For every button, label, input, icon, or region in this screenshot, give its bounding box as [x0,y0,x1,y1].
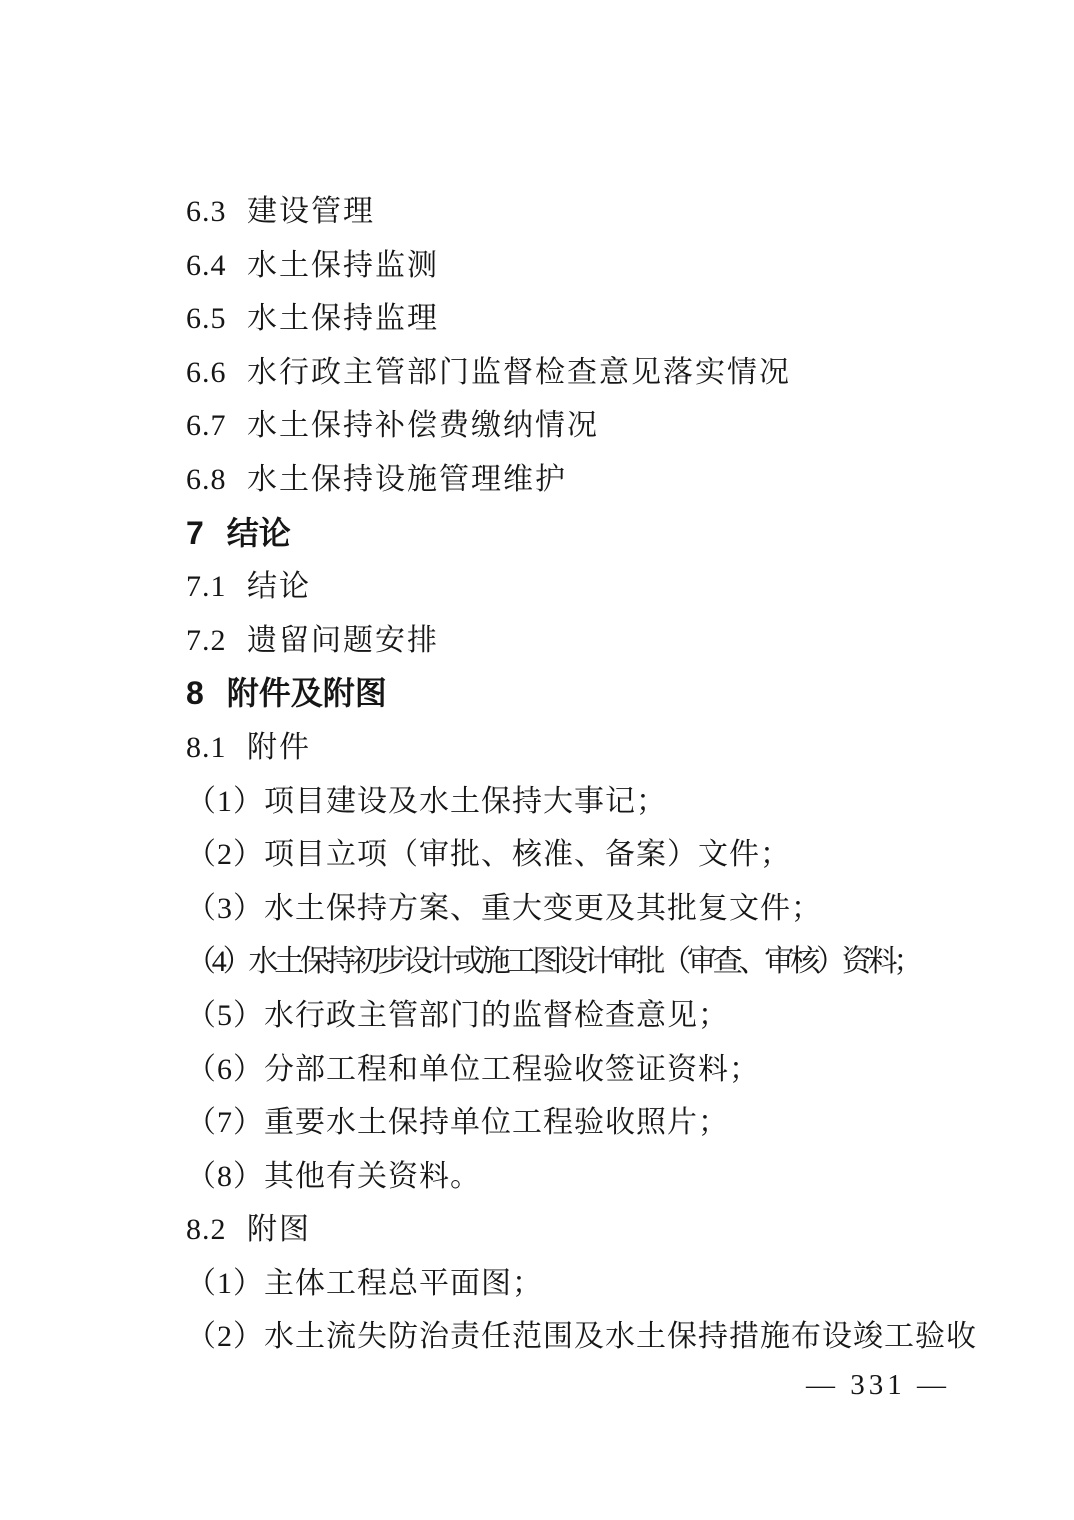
section-title: 水土保持监测 [247,249,439,282]
toc-line-8-2: 8.2 附图 [186,1203,954,1257]
list-item-text: （8）其他有关资料。 [186,1160,481,1193]
list-item-text: （2）项目立项（审批、核准、备案）文件； [186,838,791,871]
toc-content: 6.3 建设管理 6.4 水土保持监测 6.5 水土保持监理 6.6 水行政主管… [186,185,954,1364]
section-number: 6.6 [186,346,227,400]
list-item-7: （7）重要水土保持单位工程验收照片； [186,1096,954,1150]
section-number: 8.1 [186,721,227,775]
toc-line-7-2: 7.2 遗留问题安排 [186,614,954,668]
section-number: 6.5 [186,292,227,346]
section-number: 8.2 [186,1203,227,1257]
section-title: 建设管理 [247,195,375,228]
list-item-5: （5）水行政主管部门的监督检查意见； [186,989,954,1043]
figure-item-2: （2）水土流失防治责任范围及水土保持措施布设竣工验收 [186,1310,954,1364]
list-item-2: （2）项目立项（审批、核准、备案）文件； [186,828,954,882]
chapter-heading-8: 8 附件及附图 [186,667,954,721]
section-number: 6.7 [186,399,227,453]
section-title: 水行政主管部门监督检查意见落实情况 [247,356,791,389]
chapter-title: 附件及附图 [227,675,387,711]
section-number: 7.2 [186,614,227,668]
figure-item-1: （1）主体工程总平面图； [186,1257,954,1311]
list-item-3: （3）水土保持方案、重大变更及其批复文件； [186,882,954,936]
toc-line-6-8: 6.8 水土保持设施管理维护 [186,453,954,507]
section-title: 遗留问题安排 [247,624,439,657]
chapter-heading-7: 7 结论 [186,507,954,561]
chapter-number: 8 [186,667,204,721]
section-title: 水土保持设施管理维护 [247,463,567,496]
toc-line-6-6: 6.6 水行政主管部门监督检查意见落实情况 [186,346,954,400]
section-number: 7.1 [186,560,227,614]
toc-line-6-5: 6.5 水土保持监理 [186,292,954,346]
list-item-text: （1）项目建设及水土保持大事记； [186,785,667,818]
toc-line-6-3: 6.3 建设管理 [186,185,954,239]
section-title: 附图 [247,1213,311,1246]
section-title: 附件 [247,731,311,764]
page-number: — 331 — [806,1368,950,1402]
section-number: 6.8 [186,453,227,507]
list-item-text: （6）分部工程和单位工程验收签证资料； [186,1053,760,1086]
list-item-text: （4）水土保持初步设计或施工图设计审批（审查、审核）资料； [186,945,919,978]
list-item-text: （3）水土保持方案、重大变更及其批复文件； [186,892,822,925]
list-item-6: （6）分部工程和单位工程验收签证资料； [186,1043,954,1097]
list-item-1: （1）项目建设及水土保持大事记； [186,775,954,829]
section-title: 水土保持监理 [247,302,439,335]
section-number: 6.4 [186,239,227,293]
document-page: 6.3 建设管理 6.4 水土保持监测 6.5 水土保持监理 6.6 水行政主管… [0,0,1074,1520]
toc-line-8-1: 8.1 附件 [186,721,954,775]
list-item-8: （8）其他有关资料。 [186,1150,954,1204]
list-item-text: （2）水土流失防治责任范围及水土保持措施布设竣工验收 [186,1320,977,1353]
list-item-text: （7）重要水土保持单位工程验收照片； [186,1106,729,1139]
chapter-number: 7 [186,507,204,561]
list-item-text: （1）主体工程总平面图； [186,1267,543,1300]
section-title: 水土保持补偿费缴纳情况 [247,409,599,442]
section-number: 6.3 [186,185,227,239]
list-item-text: （5）水行政主管部门的监督检查意见； [186,999,729,1032]
chapter-title: 结论 [227,515,291,551]
toc-line-6-4: 6.4 水土保持监测 [186,239,954,293]
section-title: 结论 [247,570,311,603]
toc-line-6-7: 6.7 水土保持补偿费缴纳情况 [186,399,954,453]
list-item-4: （4）水土保持初步设计或施工图设计审批（审查、审核）资料； [186,935,954,989]
toc-line-7-1: 7.1 结论 [186,560,954,614]
